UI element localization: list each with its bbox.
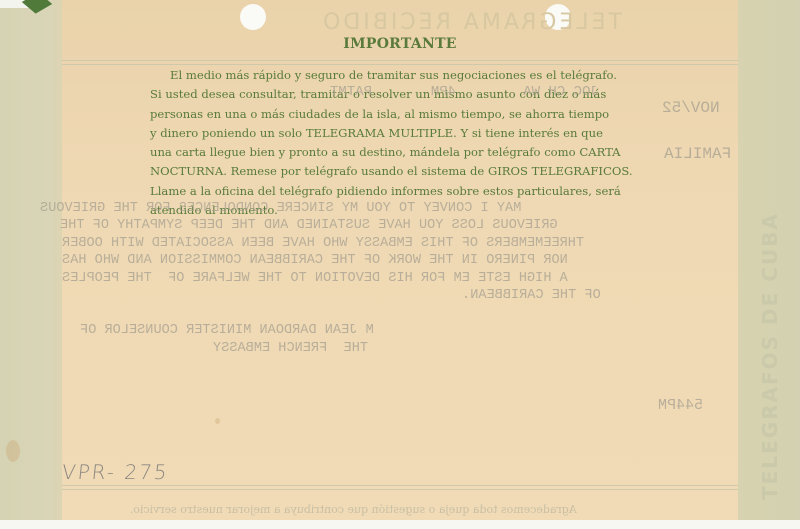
notice-line: El medio más rápido y seguro de tramitar… [150,66,648,85]
notice-line: Llame a la oficina del telégrafo pidiend… [150,182,648,201]
bleed-time: 544PM [658,397,703,415]
bleed-message-line: OF THE CARIBBEAN. [462,287,601,305]
bleed-date: NOV/52 [662,100,720,118]
stub-ghost-text: TELEGRAFOS DE CUBA [758,80,788,500]
notice-line: personas en una o más ciudades de la isl… [150,105,648,124]
paper-stain [215,418,220,424]
bleed-signature-line: THE FRENCH EMBASSY [213,340,368,358]
bleed-header-line: JOC CH WA 4PM PATMT [330,84,599,102]
handwritten-catalog-number: VPR- 275 [61,460,170,484]
scan-bottom-edge [0,520,800,529]
notice-title: IMPORTANTE [0,36,800,52]
notice-line: una carta llegue bien y pronto a su dest… [150,143,648,162]
top-rule [62,60,738,65]
footer-ghost-text: Agradecemos toda queja o sugestión que c… [130,503,577,516]
bottom-rule [62,485,738,490]
paper-stain [6,440,20,462]
bleed-message-line: A HIGH ESTE EM FOR HIS DEVOTION TO THE W… [62,270,568,288]
bleed-message-line: MAY I CONVEY TO YOU MY SINCERE CONDOLENC… [40,200,521,218]
notice-line: y dinero poniendo un solo TELEGRAMA MULT… [150,124,648,143]
bleed-signature-line: M JEAN DARDOAN MINISTER COUNSELOR OF [80,322,374,340]
bleed-message-line: THREEMEMBERS OF THIS EMBASSY WHO HAVE BE… [62,235,584,253]
notice-line: NOCTURNA. Remese por telégrafo usando el… [150,162,648,181]
telegram-paper: TELEGRAFOS DE CUBA TELEGRAMA RECIBIDO IM… [0,0,800,529]
ghost-header-text: TELEGRAMA RECIBIDO [320,10,622,35]
punch-hole-left [240,4,266,30]
bleed-message-line: NOR PINERO IN THE WORK OF THE CARIBBEAN … [62,252,568,270]
bleed-addressee: FAMILIA [664,146,731,164]
right-stub-margin: TELEGRAFOS DE CUBA [738,0,800,520]
bleed-message-line: GRIEVOUS LOSS YOU HAVE SUSTAINED AND THE… [60,217,558,235]
